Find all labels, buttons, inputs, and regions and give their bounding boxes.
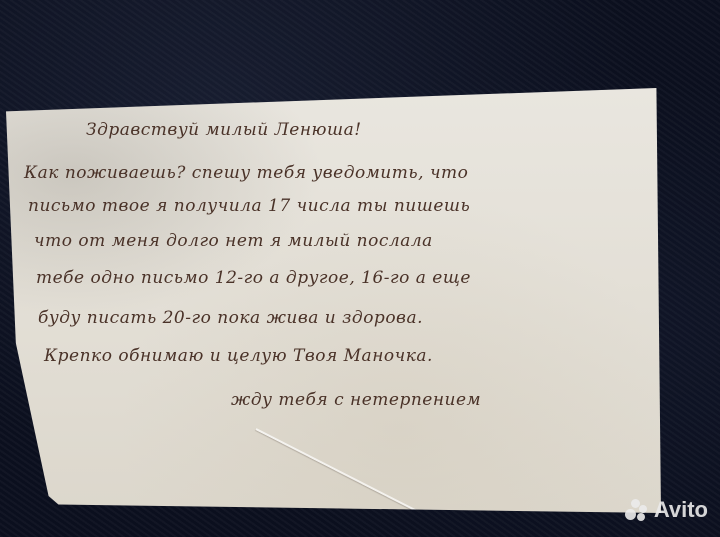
avito-label: Avito [654,497,708,523]
avito-watermark: Avito [625,497,708,523]
postcard: Здравствуй милый Ленюша! Как поживаешь? … [6,88,661,513]
letter-line: буду писать 20-го пока жива и здорова. [38,308,423,328]
letter-line: тебе одно письмо 12-го а другое, 16-го а… [36,268,471,288]
letter-line-greeting: Здравствуй милый Ленюша! [86,120,362,140]
letter-line: письмо твое я получила 17 числа ты пишеш… [28,196,470,216]
letter-line-signature: Крепко обнимаю и целую Твоя Маночка. [44,346,433,366]
letter-line: Как поживаешь? спешу тебя уведомить, что [24,163,468,183]
letter-line-postscript: жду тебя с нетерпением [231,390,481,410]
letter-line: что от меня долго нет я милый послала [34,231,433,251]
avito-logo-icon [625,499,651,521]
